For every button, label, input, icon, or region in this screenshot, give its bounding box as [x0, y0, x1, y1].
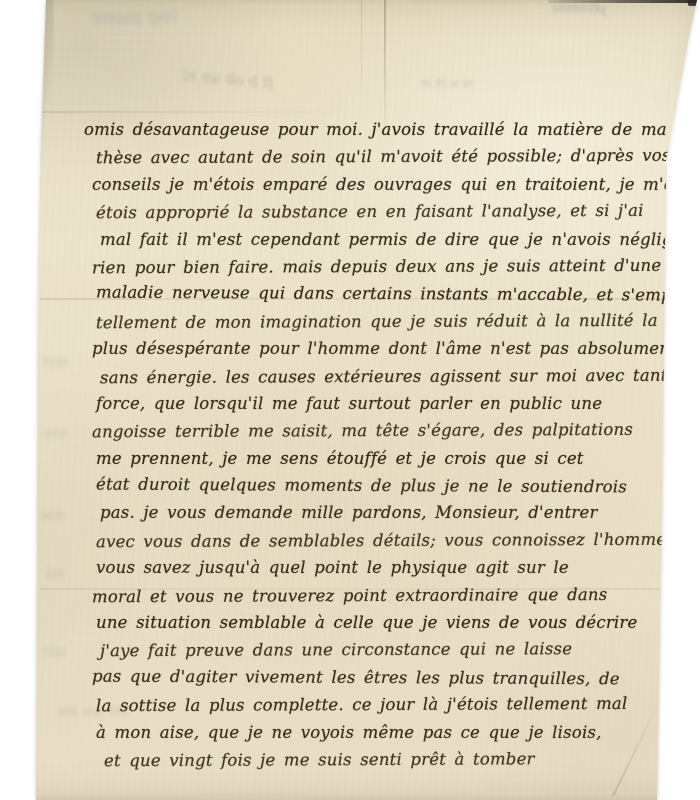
letter-line: me prennent, je me sens étouffé et je cr…: [84, 445, 670, 472]
letter-line: plus désespérante pour l'homme dont l'âm…: [84, 335, 670, 362]
letter-line: état duroit quelques moments de plus je …: [84, 471, 670, 501]
letter-scan: log pumt yttnmlu fl b ob un ni ni u in m…: [0, 0, 700, 800]
letter-line: tellement de mon imagination que je suis…: [84, 306, 670, 336]
letter-body: omis désavantageuse pour moi. j'avois tr…: [84, 116, 670, 773]
letter-line: thèse avec autant de soin qu'il m'avoit …: [84, 142, 670, 172]
letter-line: une situation semblable à celle que je v…: [84, 609, 670, 636]
scan-background: { "document": { "kind": "Handwritten let…: [0, 0, 700, 800]
letter-line: pas. je vous demande mille pardons, Mons…: [84, 499, 670, 526]
letter-line: j'aye fait preuve dans une circonstance …: [84, 635, 670, 665]
letter-line: vous savez jusqu'à quel point le physiqu…: [84, 554, 670, 581]
letter-line: mal fait il m'est cependant permis de di…: [84, 226, 670, 253]
letter-line: maladie nerveuse qui dans certains insta…: [84, 279, 670, 309]
letter-line: pas que d'agiter vivement les êtres les …: [84, 662, 670, 692]
letter-line: moral et vous ne trouverez point extraor…: [84, 580, 670, 610]
letter-line: à mon aise, que je ne voyois même pas ce…: [84, 719, 670, 746]
letter-line: omis désavantageuse pour moi. j'avois tr…: [84, 116, 670, 143]
letter-line: étois approprié la substance en en faisa…: [84, 197, 670, 227]
letter-line: sans énergie. les causes extérieures agi…: [84, 361, 670, 391]
paper-sheet: log pumt yttnmlu fl b ob un ni ni u in m…: [0, 0, 700, 800]
letter-line: avec vous dans de semblables détails; vo…: [84, 526, 670, 556]
letter-line: force, que lorsqu'il me faut surtout par…: [84, 390, 670, 417]
letter-line: la sottise la plus complette. ce jour là…: [84, 690, 670, 720]
letter-line: rien pour bien faire. mais depuis deux a…: [84, 252, 670, 282]
letter-line: angoisse terrible me saisit, ma tête s'é…: [84, 416, 670, 446]
letter-line: conseils je m'étois emparé des ouvrages …: [84, 171, 670, 198]
letter-line: et que vingt fois je me suis senti prêt …: [84, 745, 670, 775]
